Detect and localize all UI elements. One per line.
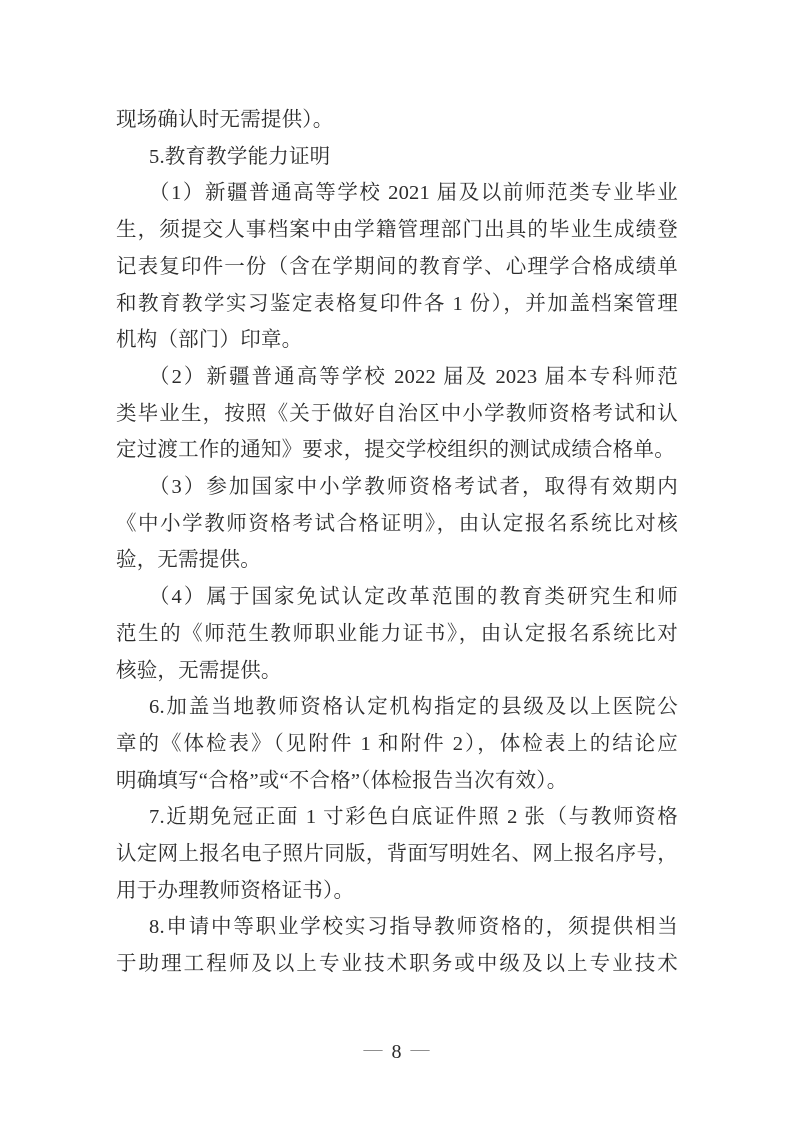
- page-number: 8: [392, 1041, 402, 1064]
- text-line: 和教育教学实习鉴定表格复印件各 1 份），并加盖档案管理: [116, 286, 678, 323]
- text-line: 范生的《师范生教师职业能力证书》，由认定报名系统比对: [116, 616, 678, 653]
- text-line: 类毕业生，按照《关于做好自治区中小学教师资格考试和认: [116, 396, 678, 433]
- paragraph: 5.教育教学能力证明: [116, 139, 678, 176]
- text-line: （1）新疆普通高等学校 2021 届及以前师范类专业毕业: [116, 175, 678, 212]
- text-line: 验，无需提供。: [116, 542, 678, 579]
- text-line: 现场确认时无需提供）。: [116, 102, 678, 139]
- text-line: 于助理工程师及以上专业技术职务或中级及以上专业技术: [116, 946, 678, 983]
- text-line: 用于办理教师资格证书）。: [116, 873, 678, 910]
- paragraph: （1）新疆普通高等学校 2021 届及以前师范类专业毕业生，须提交人事档案中由学…: [116, 175, 678, 359]
- paragraph: 现场确认时无需提供）。: [116, 102, 678, 139]
- text-line: （3）参加国家中小学教师资格考试者，取得有效期内: [116, 469, 678, 506]
- text-line: 5.教育教学能力证明: [116, 139, 678, 176]
- text-line: 7.近期免冠正面 1 寸彩色白底证件照 2 张（与教师资格: [116, 799, 678, 836]
- text-line: 生，须提交人事档案中由学籍管理部门出具的毕业生成绩登: [116, 212, 678, 249]
- text-line: 《中小学教师资格考试合格证明》，由认定报名系统比对核: [116, 506, 678, 543]
- text-line: 章的《体检表》（见附件 1 和附件 2），体检表上的结论应: [116, 726, 678, 763]
- footer-left-dash: —: [364, 1039, 383, 1060]
- page-footer: —8—: [0, 1041, 793, 1064]
- text-line: （4）属于国家免试认定改革范围的教育类研究生和师: [116, 579, 678, 616]
- text-line: 定过渡工作的通知》要求，提交学校组织的测试成绩合格单。: [116, 432, 678, 469]
- text-line: 明确填写“合格”或“不合格”（体检报告当次有效）。: [116, 763, 678, 800]
- paragraph: （2）新疆普通高等学校 2022 届及 2023 届本专科师范类毕业生，按照《关…: [116, 359, 678, 469]
- paragraph: （4）属于国家免试认定改革范围的教育类研究生和师范生的《师范生教师职业能力证书》…: [116, 579, 678, 689]
- text-line: 6.加盖当地教师资格认定机构指定的县级及以上医院公: [116, 689, 678, 726]
- footer-right-dash: —: [411, 1039, 430, 1060]
- paragraph: 6.加盖当地教师资格认定机构指定的县级及以上医院公章的《体检表》（见附件 1 和…: [116, 689, 678, 799]
- paragraph: （3）参加国家中小学教师资格考试者，取得有效期内《中小学教师资格考试合格证明》，…: [116, 469, 678, 579]
- text-line: （2）新疆普通高等学校 2022 届及 2023 届本专科师范: [116, 359, 678, 396]
- paragraph: 8.申请中等职业学校实习指导教师资格的，须提供相当于助理工程师及以上专业技术职务…: [116, 909, 678, 982]
- paragraph: 7.近期免冠正面 1 寸彩色白底证件照 2 张（与教师资格认定网上报名电子照片同…: [116, 799, 678, 909]
- document-body: 现场确认时无需提供）。5.教育教学能力证明（1）新疆普通高等学校 2021 届及…: [116, 102, 678, 983]
- text-line: 机构（部门）印章。: [116, 322, 678, 359]
- text-line: 记表复印件一份（含在学期间的教育学、心理学合格成绩单: [116, 249, 678, 286]
- document-page: 现场确认时无需提供）。5.教育教学能力证明（1）新疆普通高等学校 2021 届及…: [0, 0, 793, 1122]
- text-line: 8.申请中等职业学校实习指导教师资格的，须提供相当: [116, 909, 678, 946]
- text-line: 认定网上报名电子照片同版，背面写明姓名、网上报名序号，: [116, 836, 678, 873]
- text-line: 核验，无需提供。: [116, 653, 678, 690]
